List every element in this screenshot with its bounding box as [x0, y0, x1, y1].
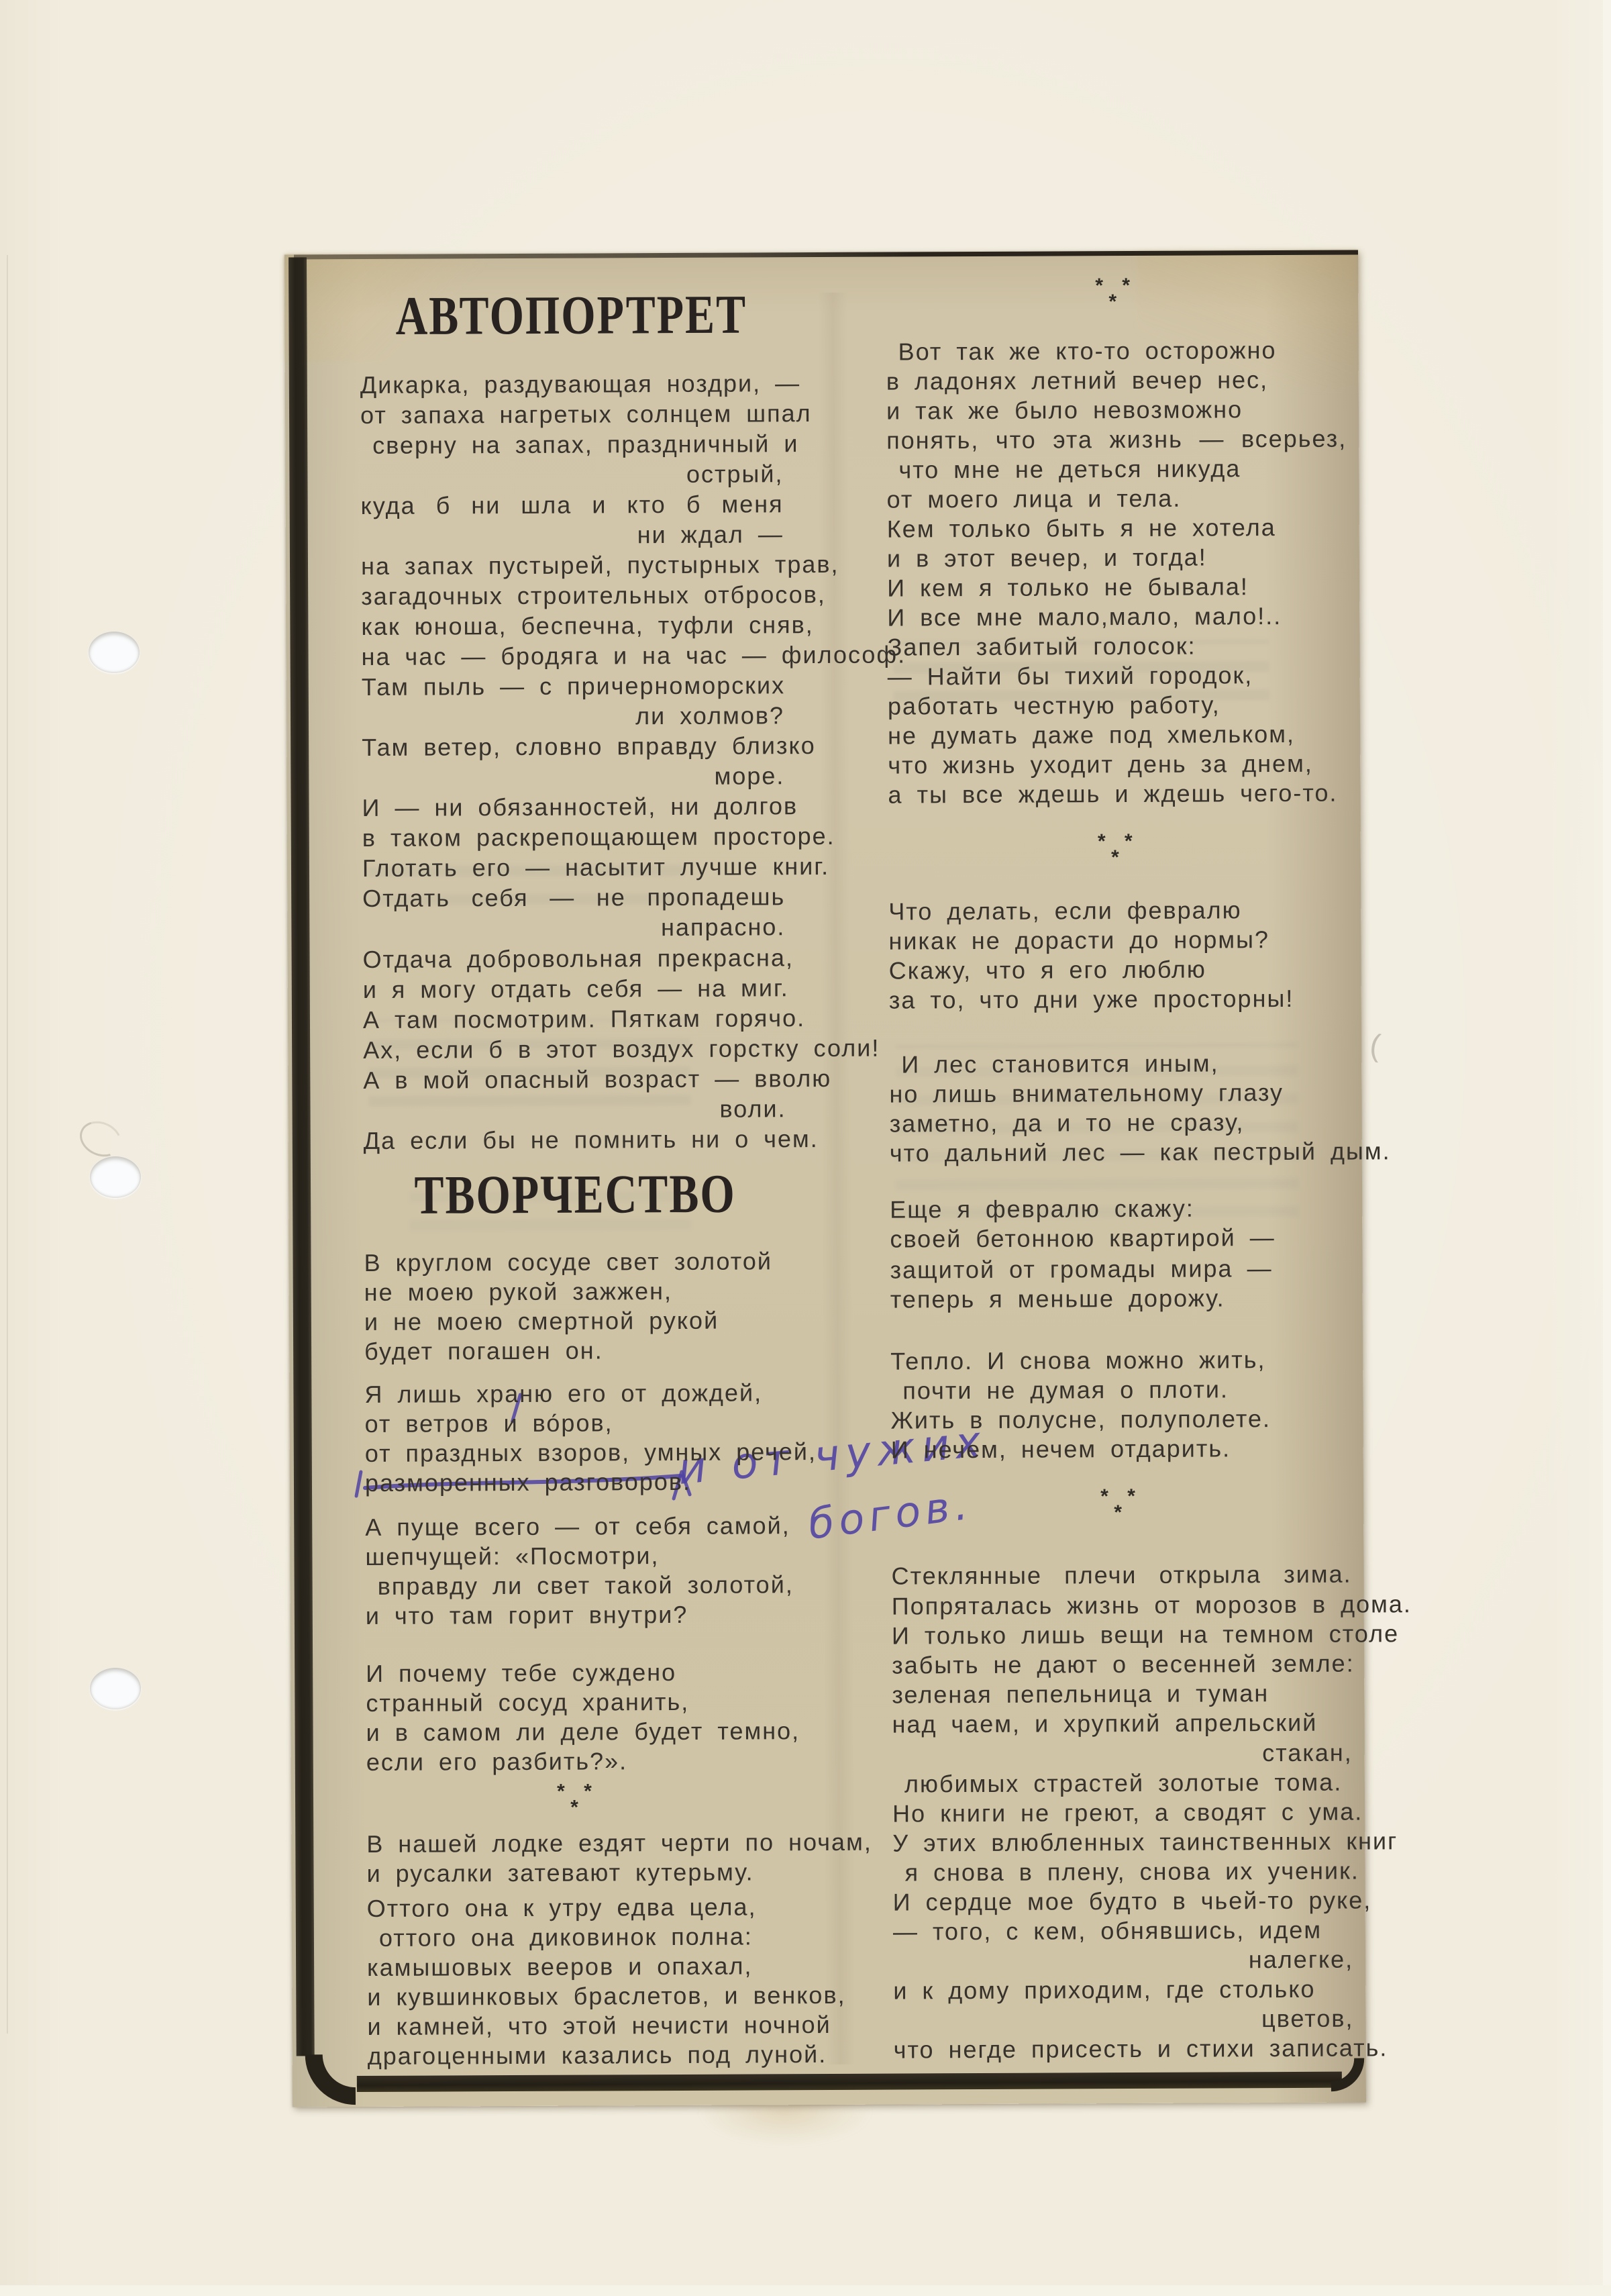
scan-edge — [0, 2285, 1611, 2296]
punch-hole — [89, 632, 140, 673]
poem-line: сверну на запах, праздничный и — [360, 430, 783, 462]
poem-title: АВТОПОРТРЕТ — [360, 283, 782, 348]
poem-line: камышовых вееров и опахал, — [367, 1952, 790, 1985]
frame-corner-bottom-left — [314, 2054, 356, 2096]
poem-line: Вот так же кто-то осторожно — [886, 336, 1347, 369]
stanza-separator: * * * — [366, 1783, 789, 1817]
poem-line: Запел забитый голосок: — [887, 632, 1347, 664]
poem-line: И нечем, нечем отдарить. — [891, 1434, 1351, 1467]
pen-tick — [356, 1472, 361, 1496]
poem-line: забыть не дают о весенней земле: — [892, 1650, 1352, 1683]
poem-line: от ветров и во́ров, — [364, 1408, 787, 1441]
poem-line: Стеклянные плечи открыла зима. — [891, 1560, 1351, 1593]
poem-line: И кем я только не бывала! — [887, 572, 1347, 605]
poem-line: странный сосуд хранить, — [366, 1687, 788, 1720]
poem-line: не моею рукой зажжен, — [364, 1277, 787, 1309]
poem-line: Тепло. И снова можно жить, — [890, 1346, 1351, 1379]
stanza-separator: * * * — [891, 1488, 1351, 1522]
pencil-mark — [74, 1115, 127, 1163]
poem-line: ни ждал — — [361, 520, 784, 553]
poem-line: почти не думая о плоти. — [890, 1375, 1351, 1408]
poem-line: за то, что дни уже просторны! — [889, 985, 1349, 1017]
scan-edge — [7, 255, 8, 2034]
poem-line: острый, — [360, 460, 783, 493]
poem-line: Что делать, если февралю — [888, 896, 1349, 929]
poem-line: вправду ли свет такой золотой, — [366, 1570, 788, 1603]
poem-line: Еще я февралю скажу: — [890, 1194, 1350, 1227]
poem-line: и в самом ли деле будет темно, — [366, 1717, 789, 1750]
punch-hole — [90, 1668, 141, 1709]
poem-line: А там посмотрим. Пяткам горячо. — [363, 1004, 786, 1037]
poem-line: но лишь внимательному глазу — [889, 1079, 1349, 1111]
poem-line: от праздных взоров, умных речей, — [365, 1438, 788, 1470]
poem-line: что мне не деться никуда — [886, 454, 1347, 487]
poem-line: что дальний лес — как пестрый дым. — [890, 1138, 1350, 1170]
poem-line: и я могу отдать себя — на миг. — [363, 974, 786, 1007]
poem-line: шепчущей: «Посмотри, — [365, 1541, 788, 1574]
poem-line: Там ветер, словно вправду близко — [362, 732, 784, 764]
poem-line: любимых страстей золотые тома. — [892, 1768, 1353, 1801]
poem-column-right: * * *Вот так же кто-то осторожнов ладоня… — [886, 250, 1354, 2105]
poem-line: над чаем, и хрупкий апрельский — [892, 1709, 1352, 1742]
poem-line: а ты все ждешь и ждешь чего-то. — [888, 779, 1348, 812]
poem-title: ТВОРЧЕСТВО — [364, 1162, 786, 1228]
poem-line: А в мой опасный возраст — вволю — [363, 1064, 786, 1097]
poem-line: Ах, если б в этот воздух горстку соли! — [363, 1034, 786, 1067]
poem-column-left: АВТОПОРТРЕТДикарка, раздувающая ноздри, … — [360, 252, 790, 2107]
poem-line: в таком раскрепощающем просторе. — [362, 822, 785, 855]
poem-line: Отдача добровольная прекрасна, — [362, 944, 785, 977]
pencil-mark: ( — [1368, 1026, 1383, 1063]
poem-line: и камней, что этой нечисти ночной — [367, 2011, 790, 2044]
frame-left-rule — [289, 257, 315, 2056]
poem-line: Я лишь храню его от дождей, — [364, 1379, 787, 1411]
poem-line: на запах пустырей, пустырных трав, — [361, 550, 784, 583]
poem-line: И — ни обязанностей, ни долгов — [362, 792, 784, 825]
poem-line: и так же было невозможно — [886, 395, 1347, 428]
poem-line: теперь я меньше дорожу. — [890, 1284, 1351, 1317]
poem-line: Но книги не греют, а сводят с ума. — [892, 1798, 1353, 1831]
poem-line: стакан, — [892, 1739, 1353, 1772]
poem-line: понять, что эта жизнь — всерьез, — [886, 425, 1347, 458]
poem-line: Жить в полусне, полуполете. — [890, 1405, 1351, 1438]
poem-line: что жизнь уходит день за днем, — [888, 750, 1348, 783]
poem-line: на час — бродяга и на час — философ. — [362, 641, 784, 674]
poem-line: Скажу, что я его люблю — [889, 955, 1349, 988]
poem-line: я снова в плену, снова их ученик. — [892, 1857, 1353, 1890]
scan-edge — [1603, 0, 1611, 2296]
poem-line: Отдать себя — не пропадешь — [362, 883, 785, 915]
poem-line: Оттого она к утру едва цела, — [367, 1893, 790, 1926]
poem-line: куда б ни шла и кто б меня — [361, 490, 784, 523]
poem-line: И сердце мое будто в чьей-то руке, — [893, 1887, 1353, 1919]
poem-line: никак не дорасти до нормы? — [888, 926, 1349, 958]
poem-line: загадочных строительных отбросов, — [361, 581, 784, 613]
poem-line: будет погашен он. — [364, 1336, 787, 1368]
poem-line: Глотать его — насытит лучше книг. — [362, 852, 785, 885]
poem-line: и в этот вечер, и тогда! — [887, 543, 1347, 576]
poem-line: Попряталась жизнь от морозов в дома. — [892, 1591, 1352, 1624]
poem-line: Там пыль — с причерноморских — [362, 671, 784, 704]
poem-line: от моего лица и тела. — [886, 484, 1347, 517]
poem-line: И почему тебе суждено — [366, 1658, 788, 1691]
poem-line: как юноша, беспечна, туфли сняв, — [361, 611, 784, 644]
poem-line: в ладонях летний вечер нес, — [886, 366, 1347, 399]
poem-line: драгоценными казались под луной. — [368, 2040, 790, 2073]
poem-line: И только лишь вещи на темном столе — [892, 1620, 1352, 1653]
poem-line: и к дому приходим, где столько — [893, 1975, 1353, 2008]
poem-line: Дикарка, раздувающая ноздри, — — [360, 369, 783, 402]
poem-line: А пуще всего — от себя самой, — [365, 1511, 788, 1544]
punch-hole — [90, 1156, 141, 1198]
poem-line: что негде присесть и стихи записать. — [894, 2034, 1354, 2067]
stanza-separator: * * * — [886, 277, 1346, 311]
poem-line: напрасно. — [362, 913, 785, 946]
poem-line: И лес становится иным, — [889, 1049, 1349, 1082]
poem-line: Кем только быть я не хотела — [887, 513, 1347, 546]
poem-line: И все мне мало,мало, мало!.. — [887, 602, 1347, 635]
poem-line: если его разбить?». — [366, 1746, 789, 1779]
newspaper-clipping: и от чужих богов. АВТОПОРТРЕТДикарка, ра… — [284, 250, 1366, 2107]
poem-line: работать честную работу, — [888, 691, 1348, 723]
poem-line: и что там горит внутри? — [366, 1600, 788, 1633]
poem-line: и кувшинковых браслетов, и венков, — [367, 1981, 790, 2014]
poem-line: защитой от громады мира — — [890, 1254, 1351, 1287]
poem-line: цветов, — [893, 2005, 1353, 2038]
poem-line: зеленая пепельница и туман — [892, 1679, 1352, 1712]
poem-line: море. — [362, 762, 784, 795]
poem-line: воли. — [363, 1095, 786, 1128]
poem-line: и не моею смертной рукой — [364, 1306, 787, 1339]
poem-line: оттого она диковинок полна: — [367, 1922, 790, 1955]
poem-line: У этих влюбленных таинственных книг — [892, 1828, 1353, 1860]
poem-line: от запаха нагретых солнцем шпал — [360, 399, 783, 432]
poem-line: ли холмов? — [362, 701, 784, 734]
poem-line: не думать даже под хмельком, — [888, 720, 1348, 753]
poem-line: и русалки затевают кутерьму. — [366, 1858, 789, 1891]
stanza-separator: * * * — [888, 833, 1349, 867]
poem-line: В круглом сосуде свет золотой — [364, 1247, 786, 1280]
poem-line: заметно, да и то не сразу, — [890, 1108, 1350, 1141]
poem-line-struck: разморенных разговоров. — [365, 1467, 788, 1500]
poem-line: налегке, — [893, 1946, 1353, 1979]
poem-line: В нашей лодке ездят черти по ночам, — [366, 1828, 789, 1861]
poem-line: — того, с кем, обнявшись, идем — [893, 1916, 1353, 1949]
poem-line: своей бетонною квартирой — — [890, 1224, 1350, 1256]
poem-line: Да если бы не помнить ни о чем. — [364, 1125, 786, 1158]
poem-line: — Найти бы тихий городок, — [888, 661, 1348, 694]
album-page: ( и от чужих богов. АВТОПОРТРЕТДикарка, … — [0, 0, 1611, 2296]
